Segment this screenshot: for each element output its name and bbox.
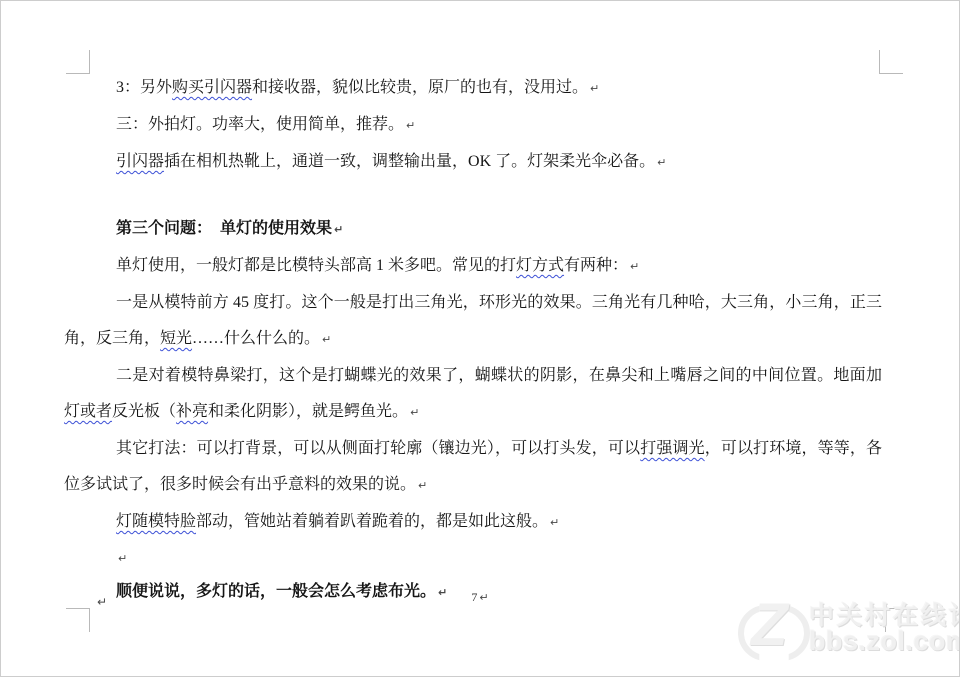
paragraph-other-methods: 其它打法：可以打背景，可以从侧面打轮廓（镶边光），可以打头发，可以打强调光，可以… xyxy=(64,431,882,504)
paragraph-mark-icon: ↵ xyxy=(406,119,415,132)
paragraph-mark-icon: ↵ xyxy=(479,591,488,604)
zol-watermark-url: bbs.zol.com.cn xyxy=(809,628,960,655)
paragraph-mark-icon: ↵ xyxy=(590,82,599,95)
paragraph-mark-icon: ↵ xyxy=(410,406,419,419)
zol-watermark: Z 中关村在线论坛 bbs.zol.com.cn xyxy=(741,597,960,661)
text-run: 部动，管她站着躺着趴着跪着的，都是如此这般。 xyxy=(196,513,548,530)
text-run: 反光板（ xyxy=(112,403,176,420)
paragraph-mark-icon: ↵ xyxy=(418,479,427,492)
spellcheck-flagged-text: 灯或者 xyxy=(64,403,112,420)
spellcheck-flagged-text: 短光 xyxy=(160,330,192,347)
spellcheck-flagged-text: 打强调光 xyxy=(640,440,705,457)
text-boundary-mark-bottom-left xyxy=(66,608,90,632)
text-run: 有两种： xyxy=(564,257,628,274)
spellcheck-flagged-text: 灯随模特脸 xyxy=(116,513,196,530)
paragraph-mark-icon: ↵ xyxy=(118,552,127,565)
document-content: 3：另外购买引闪器和接收器，貌似比较贵，原厂的也有，没用过。↵三：外拍灯。功率大… xyxy=(64,70,882,611)
paragraph-outdoor-light: 三：外拍灯。功率大，使用简单，推荐。↵ xyxy=(64,107,882,144)
paragraph-mark-icon: ↵ xyxy=(322,333,331,346)
spellcheck-flagged-text: 补亮 xyxy=(176,403,208,420)
zol-logo-letter: Z xyxy=(751,592,788,658)
zol-watermark-forum-name: 中关村在线论坛 xyxy=(809,604,960,628)
paragraph-mark-icon: ↵ xyxy=(550,516,559,529)
zol-watermark-text: 中关村在线论坛 bbs.zol.com.cn xyxy=(809,604,960,655)
paragraph-mark-icon: ↵ xyxy=(334,223,343,236)
paragraph-empty: ↵ xyxy=(64,541,882,574)
paragraph-method-one-45-degree: 一是从模特前方 45 度打。这个一般是打出三角光，环形光的效果。三角光有几种哈，… xyxy=(64,285,882,358)
zol-logo-icon: Z xyxy=(741,597,807,661)
spellcheck-flagged-text: 灯方式 xyxy=(516,257,564,274)
spellcheck-flagged-text: 引闪器 xyxy=(116,153,164,170)
text-run: ……什么什么的。 xyxy=(192,330,320,347)
paragraph-trigger-hotshoe: 引闪器插在相机热靴上，通道一致，调整输出量，OK 了。灯架柔光伞必备。↵ xyxy=(64,144,882,181)
text-boundary-mark-top-right xyxy=(879,50,903,74)
paragraph-mark-icon: ↵ xyxy=(657,156,666,169)
text-run: 插在相机热靴上，通道一致，调整输出量，OK 了。灯架柔光伞必备。 xyxy=(164,153,655,170)
text-run: 二是对着模特鼻梁打，这个是打蝴蝶光的效果了，蝴蝶状的阴影，在鼻尖和上嘴唇之间的中… xyxy=(116,367,882,384)
spellcheck-flagged-text: 购买引闪器 xyxy=(172,79,252,96)
text-run: 3：另外 xyxy=(116,79,172,96)
paragraph-light-follows-face: 灯随模特脸部动，管她站着躺着趴着跪着的，都是如此这般。↵ xyxy=(64,504,882,541)
text-run: 和柔化阴影），就是鳄鱼光。 xyxy=(208,403,408,420)
page-number-value: 7 xyxy=(471,590,477,604)
paragraph-method-two-butterfly: 二是对着模特鼻梁打，这个是打蝴蝶光的效果了，蝴蝶状的阴影，在鼻尖和上嘴唇之间的中… xyxy=(64,358,882,431)
paragraph-mark-icon: ↵ xyxy=(630,260,639,273)
text-run: 其它打法：可以打背景，可以从侧面打轮廓（镶边光），可以打头发，可以 xyxy=(116,440,640,457)
paragraph-single-light-usage: 单灯使用，一般灯都是比模特头部高 1 米多吧。常见的打灯方式有两种：↵ xyxy=(64,248,882,285)
text-run: 第三个问题： 单灯的使用效果 xyxy=(116,220,332,237)
text-run: 单灯使用，一般灯都是比模特头部高 1 米多吧。常见的打 xyxy=(116,257,516,274)
paragraph-flash-purchase: 3：另外购买引闪器和接收器，貌似比较贵，原厂的也有，没用过。↵ xyxy=(64,70,882,107)
section-heading-third-question: 第三个问题： 单灯的使用效果↵ xyxy=(64,211,882,248)
text-run: 三：外拍灯。功率大，使用简单，推荐。 xyxy=(116,116,404,133)
word-document-page: 3：另外购买引闪器和接收器，貌似比较贵，原厂的也有，没用过。↵三：外拍灯。功率大… xyxy=(0,0,960,677)
text-run: 和接收器，貌似比较贵，原厂的也有，没用过。 xyxy=(252,79,588,96)
